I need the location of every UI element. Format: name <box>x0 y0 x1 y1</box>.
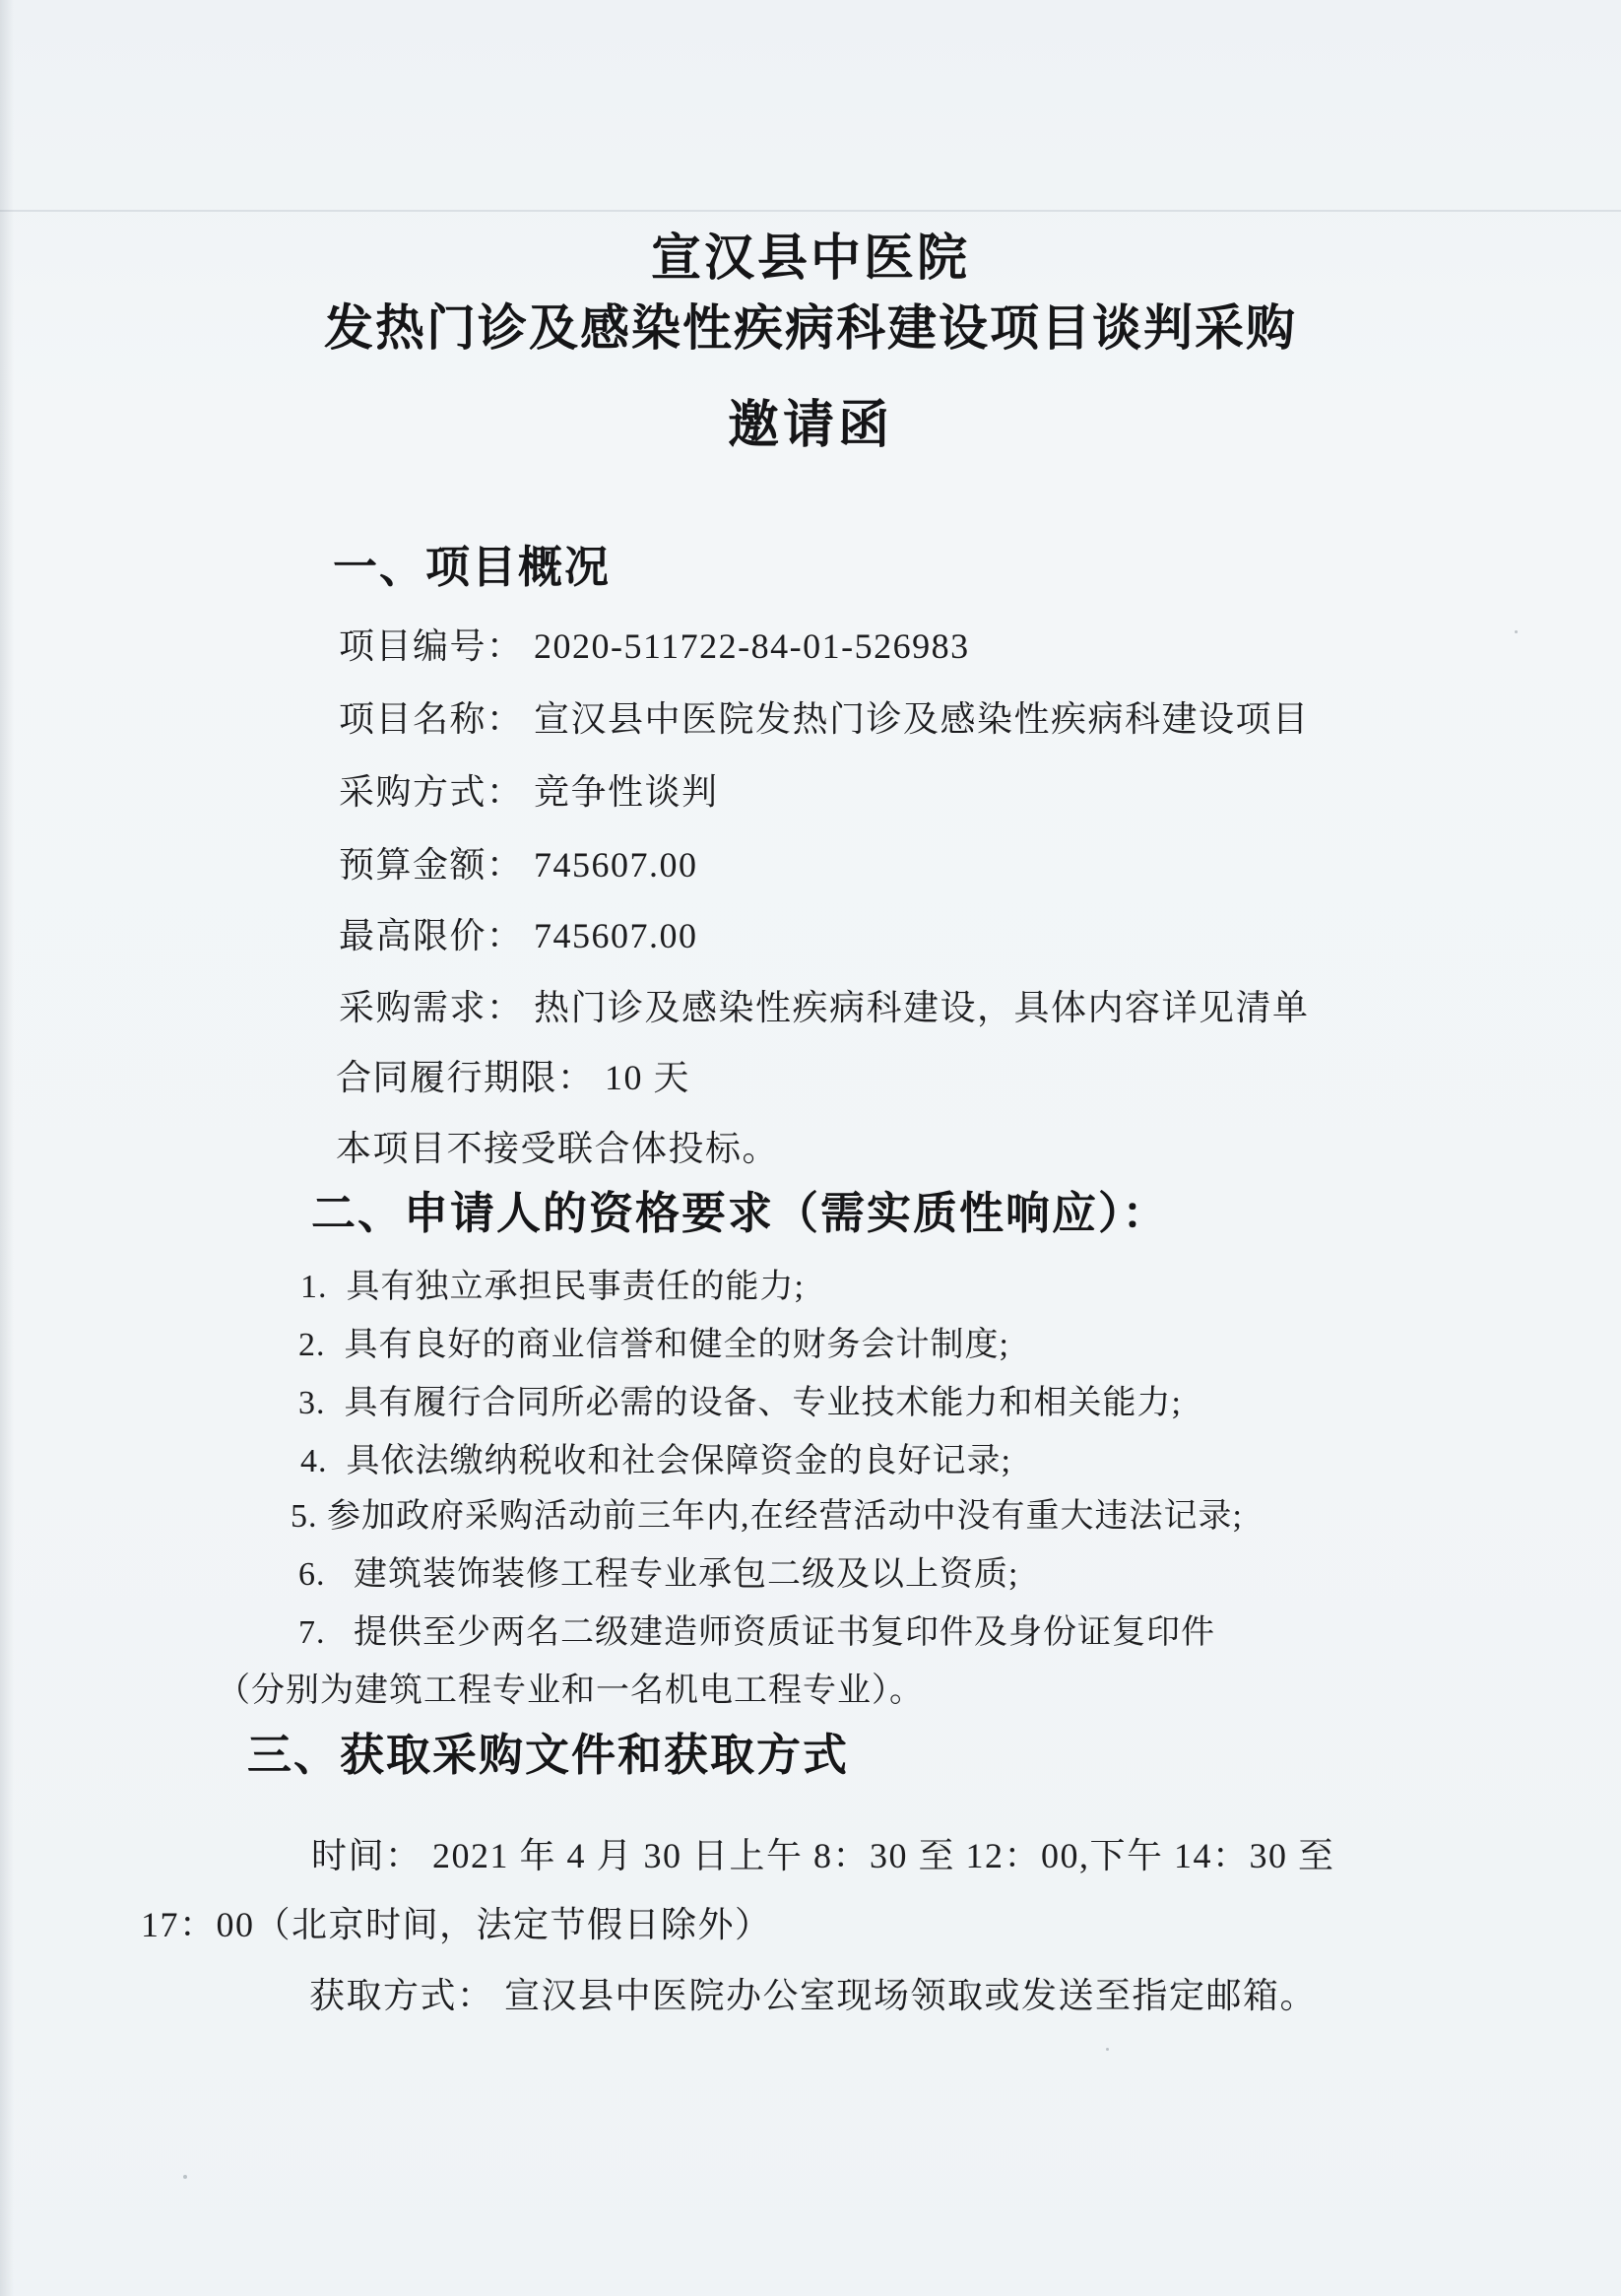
section-heading-qualifications: 二、申请人的资格要求（需实质性响应）： <box>311 1186 1169 1241</box>
qualification-item-5: 5. 参加政府采购活动前三年内,在经营活动中没有重大违法记录; <box>291 1496 1243 1539</box>
scanned-document-page: 宣汉县中医院 发热门诊及感染性疾病科建设项目谈判采购 邀请函 一、项目概况 项目… <box>0 0 1621 2296</box>
procurement-method-line: 采购方式： 竞争性谈判 <box>339 770 719 815</box>
scan-artifact-line <box>0 210 1621 212</box>
project-number-line: 项目编号： 2020-511722-84-01-526983 <box>339 624 970 669</box>
contract-period-line: 合同履行期限： 10 天 <box>336 1056 690 1100</box>
no-consortium-line: 本项目不接受联合体投标。 <box>336 1127 779 1171</box>
qualification-item-6: 6. 建筑装饰装修工程专业承包二级及以上资质; <box>298 1554 1018 1597</box>
section-heading-acquisition: 三、获取采购文件和获取方式 <box>247 1728 849 1783</box>
section-heading-project-overview: 一、项目概况 <box>333 540 611 595</box>
qualification-item-4: 4. 具依法缴纳税收和社会保障资金的良好记录; <box>300 1441 1011 1483</box>
max-price-line: 最高限价： 745607.00 <box>339 914 698 958</box>
acquisition-time-line2: 17：00（北京时间，法定节假日除外） <box>141 1903 772 1947</box>
qualification-item-7: 7. 提供至少两名二级建造师资质证书复印件及身份证复印件 <box>298 1612 1215 1655</box>
qualification-item-1: 1. 具有独立承担民事责任的能力; <box>300 1267 805 1309</box>
scan-dust-speck <box>183 2175 187 2179</box>
document-title-line1: 宣汉县中医院 <box>0 217 1621 290</box>
procurement-demand-line: 采购需求： 热门诊及感染性疾病科建设，具体内容详见清单 <box>339 986 1310 1030</box>
document-title-line3: 邀请函 <box>0 383 1621 457</box>
project-name-line: 项目名称： 宣汉县中医院发热门诊及感染性疾病科建设项目 <box>339 697 1310 742</box>
document-title-line2: 发热门诊及感染性疾病科建设项目谈判采购 <box>0 289 1621 360</box>
qualification-item-2: 2. 具有良好的商业信誉和健全的财务会计制度; <box>298 1325 1009 1367</box>
scan-dust-speck <box>1515 630 1518 633</box>
qualification-item-7-wrap: （分别为建筑工程专业和一名机电工程专业）。 <box>217 1671 924 1713</box>
scan-dust-speck <box>1106 2048 1109 2051</box>
budget-amount-line: 预算金额： 745607.00 <box>339 843 698 887</box>
acquisition-method-line: 获取方式： 宣汉县中医院办公室现场领取或发送至指定邮箱。 <box>309 1974 1317 2018</box>
acquisition-time-line1: 时间： 2021 年 4 月 30 日上午 8：30 至 12：00,下午 14… <box>311 1834 1335 1878</box>
qualification-item-3: 3. 具有履行合同所必需的设备、专业技术能力和相关能力; <box>298 1383 1182 1425</box>
